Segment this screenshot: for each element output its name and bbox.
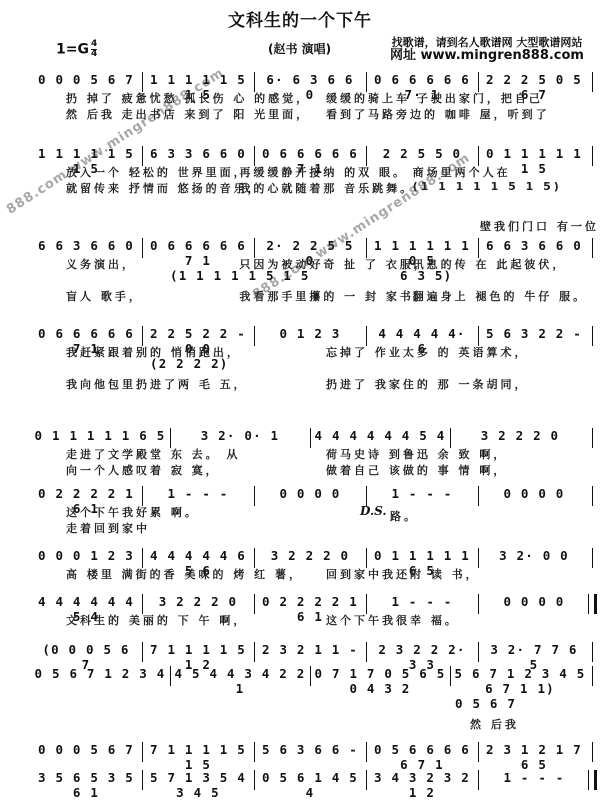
barline — [478, 594, 479, 614]
barline — [142, 326, 143, 346]
barline — [592, 72, 593, 92]
measure: 4 4 4 4 4 4 5 4 — [314, 428, 446, 443]
barline — [142, 548, 143, 568]
measure: 1 - - - — [370, 486, 474, 501]
barline — [592, 486, 593, 506]
measure: 0 5 6 6 6 6 6 7 1 — [370, 742, 474, 772]
barline — [142, 238, 143, 258]
performer-credit: (赵书 演唱) — [268, 40, 331, 57]
barline — [592, 238, 593, 258]
lyric-line: 荷马史诗 到鲁迅 余 致 啊， — [326, 446, 507, 462]
barline — [254, 548, 255, 568]
final-barline — [588, 594, 597, 614]
final-barline — [588, 770, 597, 790]
barline — [142, 770, 143, 790]
barline — [366, 72, 367, 92]
barline — [310, 428, 311, 448]
measure: 1 - - - — [146, 486, 250, 501]
measure: 3 2 2 2 0 — [454, 428, 586, 443]
barline — [592, 146, 593, 166]
barline — [478, 742, 479, 762]
measure: 1 - - - — [370, 594, 474, 609]
lyric-line: 壁我们门口 有一位 — [480, 218, 599, 234]
barline — [592, 428, 593, 448]
lyric-line: 看到了马路旁边的 咖啡 屋，听到了 — [326, 106, 550, 122]
lyric-line: 高 楼里 满街的香 美味的 烤 红 薯， — [66, 566, 303, 582]
barline — [366, 642, 367, 662]
barline — [592, 548, 593, 568]
lyric-line: 忘掉了 作业太多 的 英语算术， — [326, 344, 529, 360]
lyric-line: 我向他包里扔进了两 毛 五， — [66, 376, 248, 392]
measure: 6 6 3 6 6 0 — [482, 238, 586, 253]
barline — [254, 642, 255, 662]
measure: 2 3 2 1 1 - — [258, 642, 362, 657]
key-signature: 1=G44 — [56, 40, 97, 59]
measure: 1 - - - — [482, 770, 586, 785]
measure: 0 5 6 7 1 2 3 4 — [34, 666, 166, 681]
measure: 3 2 2 2 0 — [258, 548, 362, 563]
lyric-line: 然 后我 走出书店 来到了 阳 光里面， — [66, 106, 310, 122]
alt-notes: (2 2 2 2) — [150, 356, 229, 371]
barline — [366, 238, 367, 258]
barline — [478, 642, 479, 662]
barline — [366, 548, 367, 568]
lyric-line: 我的心就随着那 音乐跳舞。 — [239, 180, 414, 196]
barline — [170, 428, 171, 448]
barline — [478, 486, 479, 506]
barline — [142, 594, 143, 614]
barline — [366, 486, 367, 506]
barline — [478, 770, 479, 790]
lyric-line: 文科生的 美丽的 下 午 啊， — [66, 612, 247, 628]
lyric-line: 走进了文学殿堂 东 去。 从 — [66, 446, 241, 462]
measure: 0 1 2 3 — [258, 326, 362, 341]
lyric-line: 这个下午我很幸 福。 — [326, 612, 459, 628]
barline — [254, 742, 255, 762]
barline — [478, 326, 479, 346]
barline — [592, 326, 593, 346]
lyric-line: 再缓缓静开接纳 的双 眼。 — [239, 164, 407, 180]
measure: 0 7 1 7 0 5 6 5 0 4 3 2 — [314, 666, 446, 696]
measure: 4 5 4 4 3 4 2 2 1 — [174, 666, 306, 696]
barline — [254, 146, 255, 166]
barline — [366, 770, 367, 790]
lyric-line: 盲人 歌手， — [66, 288, 143, 304]
measure: 3 4 3 2 3 2 1 2 — [370, 770, 474, 800]
barline — [142, 642, 143, 662]
lyric-line: 做着自己 该做的 事 情 啊， — [326, 462, 507, 478]
measure: 5 7 1 3 5 4 3 4 5 — [146, 770, 250, 800]
measure: 0 0 0 0 — [258, 486, 362, 501]
lyric-line: 放入一个 轻松的 世界里面， — [66, 164, 248, 180]
site-advert: 找歌谱，请到名人歌谱网 大型歌谱网站 网址 www.mingren888.com — [374, 36, 600, 62]
barline — [142, 72, 143, 92]
barline — [478, 548, 479, 568]
measure: 3 2· 0 0 — [482, 548, 586, 563]
lyric-line: 回到家中我还附 读 书， — [326, 566, 480, 582]
lyric-line: 扔进了 我家住的 那 一条胡同， — [326, 376, 529, 392]
song-title: 文科生的一个下午 — [0, 6, 600, 31]
measure: 5 6 7 1 2 3 4 5 6 7 1 1) — [454, 666, 586, 696]
lyric-line: 缓缓的骑上车 子驶出家门，把自己 — [326, 90, 543, 106]
barline — [366, 326, 367, 346]
lyric-line: 然 后我 — [470, 716, 519, 732]
barline — [592, 642, 593, 662]
measure: 7 1 1 1 1 5 1 5 — [146, 742, 250, 772]
barline — [254, 486, 255, 506]
measure: 5 6 3 6 6 - — [258, 742, 362, 757]
measure: 5 6 3 2 2 - — [482, 326, 586, 341]
measure: 0 0 0 0 — [482, 486, 586, 501]
barline — [450, 666, 451, 686]
measure: 3 5 6 5 3 5 6 1 — [34, 770, 138, 800]
key-label: 1=G — [56, 42, 89, 58]
measure: 3 2 2 2 0 — [146, 594, 250, 609]
barline — [254, 72, 255, 92]
alt-notes: 6 3 5) — [400, 268, 452, 283]
measure: 0 0 0 5 6 7 — [34, 72, 138, 87]
barline — [592, 666, 593, 686]
measure: 3 2· 0· 1 — [174, 428, 306, 443]
measure: 6 6 3 6 6 0 — [34, 238, 138, 253]
barline — [478, 72, 479, 92]
barline — [366, 742, 367, 762]
lyric-line: 这个下午我好累 啊。 — [66, 504, 199, 520]
barline — [142, 742, 143, 762]
lyric-line: 向一个人感叹着 寂 寞， — [66, 462, 220, 478]
measure: 0 0 0 5 6 7 — [34, 742, 138, 757]
measure: 2 3 1 2 1 7 6 5 — [482, 742, 586, 772]
barline — [450, 428, 451, 448]
barline — [142, 146, 143, 166]
barline — [254, 770, 255, 790]
measure: 0 0 0 1 2 3 — [34, 548, 138, 563]
lyric-line: 义务演出， — [66, 256, 136, 272]
barline — [310, 666, 311, 686]
barline — [366, 146, 367, 166]
barline — [170, 666, 171, 686]
measure: 0 0 0 0 — [482, 594, 586, 609]
measure: 0 1 1 1 1 1 6 5 — [34, 428, 166, 443]
lyric-line: 翻遍身上 褪色的 牛仔 服。 — [413, 288, 588, 304]
alt-notes: 0 5 6 7 — [455, 696, 516, 711]
barline — [366, 594, 367, 614]
barline — [254, 326, 255, 346]
barline — [142, 486, 143, 506]
measure: 6 3 3 6 6 0 — [146, 146, 250, 161]
measure: 0 6 6 6 6 6 7 1 — [146, 238, 250, 268]
ds-marking: D.S. — [360, 504, 387, 518]
barline — [592, 742, 593, 762]
barline — [254, 594, 255, 614]
lyric-line: 就留传来 抒情而 悠扬的音乐， — [66, 180, 262, 196]
ds-lyric: 路。 — [390, 508, 418, 524]
lyric-line: 走着回到家中 — [66, 520, 150, 536]
time-signature: 44 — [91, 40, 97, 59]
barline — [478, 146, 479, 166]
measure: 0 5 6 1 4 5 4 — [258, 770, 362, 800]
barline — [254, 238, 255, 258]
barline — [478, 238, 479, 258]
advert-url: 网址 www.mingren888.com — [374, 49, 600, 62]
